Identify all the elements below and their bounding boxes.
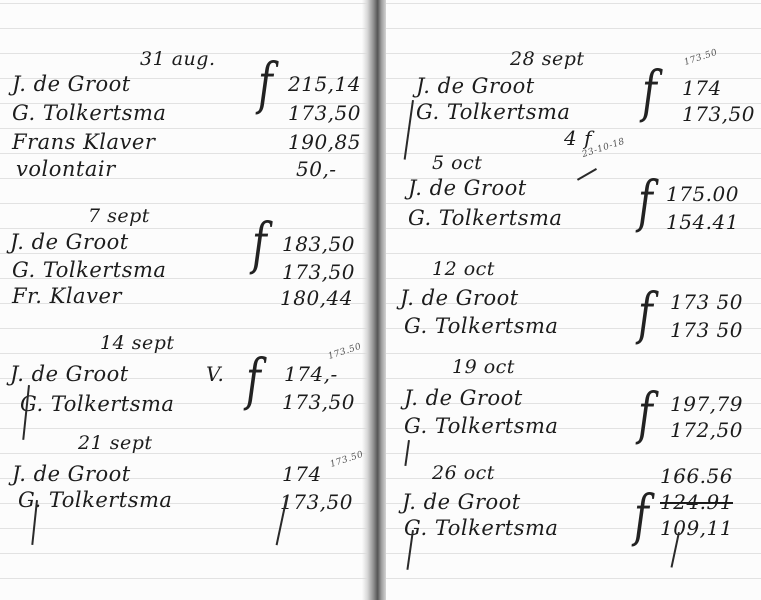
florin-mark: f <box>638 171 653 235</box>
entry-name: J. de Groot <box>12 72 131 96</box>
entry-name: G. Tolkertsma <box>12 101 166 125</box>
notebook-spread: 31 aug. f J. de Groot 215,14 G. Tolkerts… <box>0 0 761 600</box>
entry-date: 28 sept <box>510 48 585 70</box>
entry-date: 26 oct <box>432 462 495 484</box>
entry-name: G. Tolkertsma <box>20 392 174 416</box>
entry-date: 31 aug. <box>140 48 215 70</box>
entry-amount: 166.56 <box>660 464 733 488</box>
entry-amount: 173,50 <box>288 101 361 125</box>
florin-mark: f <box>252 213 267 277</box>
entry-amount: 174 <box>682 76 722 100</box>
entry-amount: 154.41 <box>666 210 739 234</box>
entry-name: J. de Groot <box>416 74 535 98</box>
entry-name: J. de Groot <box>10 230 129 254</box>
pen-stroke <box>404 100 414 160</box>
entry-amount: 174,- <box>284 362 338 386</box>
entry-name: volontair <box>16 157 116 181</box>
pen-stroke <box>404 440 410 466</box>
entry-amount: 175.00 <box>666 182 739 206</box>
entry-name: J. de Groot <box>10 362 129 386</box>
entry-amount: 173 50 <box>670 318 743 342</box>
entry-amount: 173,50 <box>280 490 353 514</box>
entry-name: G. Tolkertsma <box>404 314 558 338</box>
entry-name: G. Tolkertsma <box>18 488 172 512</box>
entry-amount: 183,50 <box>282 232 355 256</box>
entry-amount-struck: 124.91 <box>660 490 733 514</box>
florin-mark: f <box>642 61 657 125</box>
entry-date: 21 sept <box>78 432 153 454</box>
entry-name: Fr. Klaver <box>12 284 122 308</box>
amount-annotation: 173.50 <box>327 342 363 362</box>
entry-amount: 215,14 <box>288 72 361 96</box>
entry-name: G. Tolkertsma <box>408 206 562 230</box>
entry-date: 12 oct <box>432 258 495 280</box>
entry-name: G. Tolkertsma <box>12 258 166 282</box>
entry-amount: 173,50 <box>682 102 755 126</box>
entry-amount: 197,79 <box>670 392 743 416</box>
entry-name: G. Tolkertsma <box>404 414 558 438</box>
entry-name: J. de Groot <box>12 462 131 486</box>
entry-name: J. de Groot <box>408 176 527 200</box>
entry-amount: 173,50 <box>282 260 355 284</box>
entry-date: 5 oct <box>432 152 482 174</box>
entry-amount: 173 50 <box>670 290 743 314</box>
entry-amount: 109,11 <box>660 516 733 540</box>
pen-stroke <box>577 168 597 181</box>
florin-mark: f <box>258 53 273 117</box>
entry-name: J. de Groot <box>404 386 523 410</box>
entry-name: J. de Groot <box>402 490 521 514</box>
entry-name: J. de Groot <box>400 286 519 310</box>
entry-amount: 173,50 <box>282 390 355 414</box>
florin-mark: f <box>246 349 261 413</box>
entry-name: G. Tolkertsma <box>416 100 570 124</box>
entry-amount: 172,50 <box>670 418 743 442</box>
florin-mark: f <box>638 283 653 347</box>
entry-date: 19 oct <box>452 356 515 378</box>
entry-amount: 180,44 <box>280 286 353 310</box>
left-page: 31 aug. f J. de Groot 215,14 G. Tolkerts… <box>0 0 370 600</box>
right-page: 28 sept 173.50 f J. de Groot 174 G. Tolk… <box>386 0 761 600</box>
florin-mark: f <box>634 485 649 549</box>
entry-amount: 50,- <box>296 157 337 181</box>
entry-name: G. Tolkertsma <box>404 516 558 540</box>
entry-name: Frans Klaver <box>12 130 155 154</box>
side-note: 4 f <box>564 126 592 150</box>
entry-date: 14 sept <box>100 332 175 354</box>
amount-annotation: 173.50 <box>329 450 365 470</box>
entry-amount: 190,85 <box>288 130 361 154</box>
entry-date: 7 sept <box>88 205 150 227</box>
florin-mark: f <box>638 383 653 447</box>
check-mark: V. <box>206 362 224 386</box>
amount-annotation: 173.50 <box>683 48 719 68</box>
entry-amount: 174 <box>282 462 322 486</box>
